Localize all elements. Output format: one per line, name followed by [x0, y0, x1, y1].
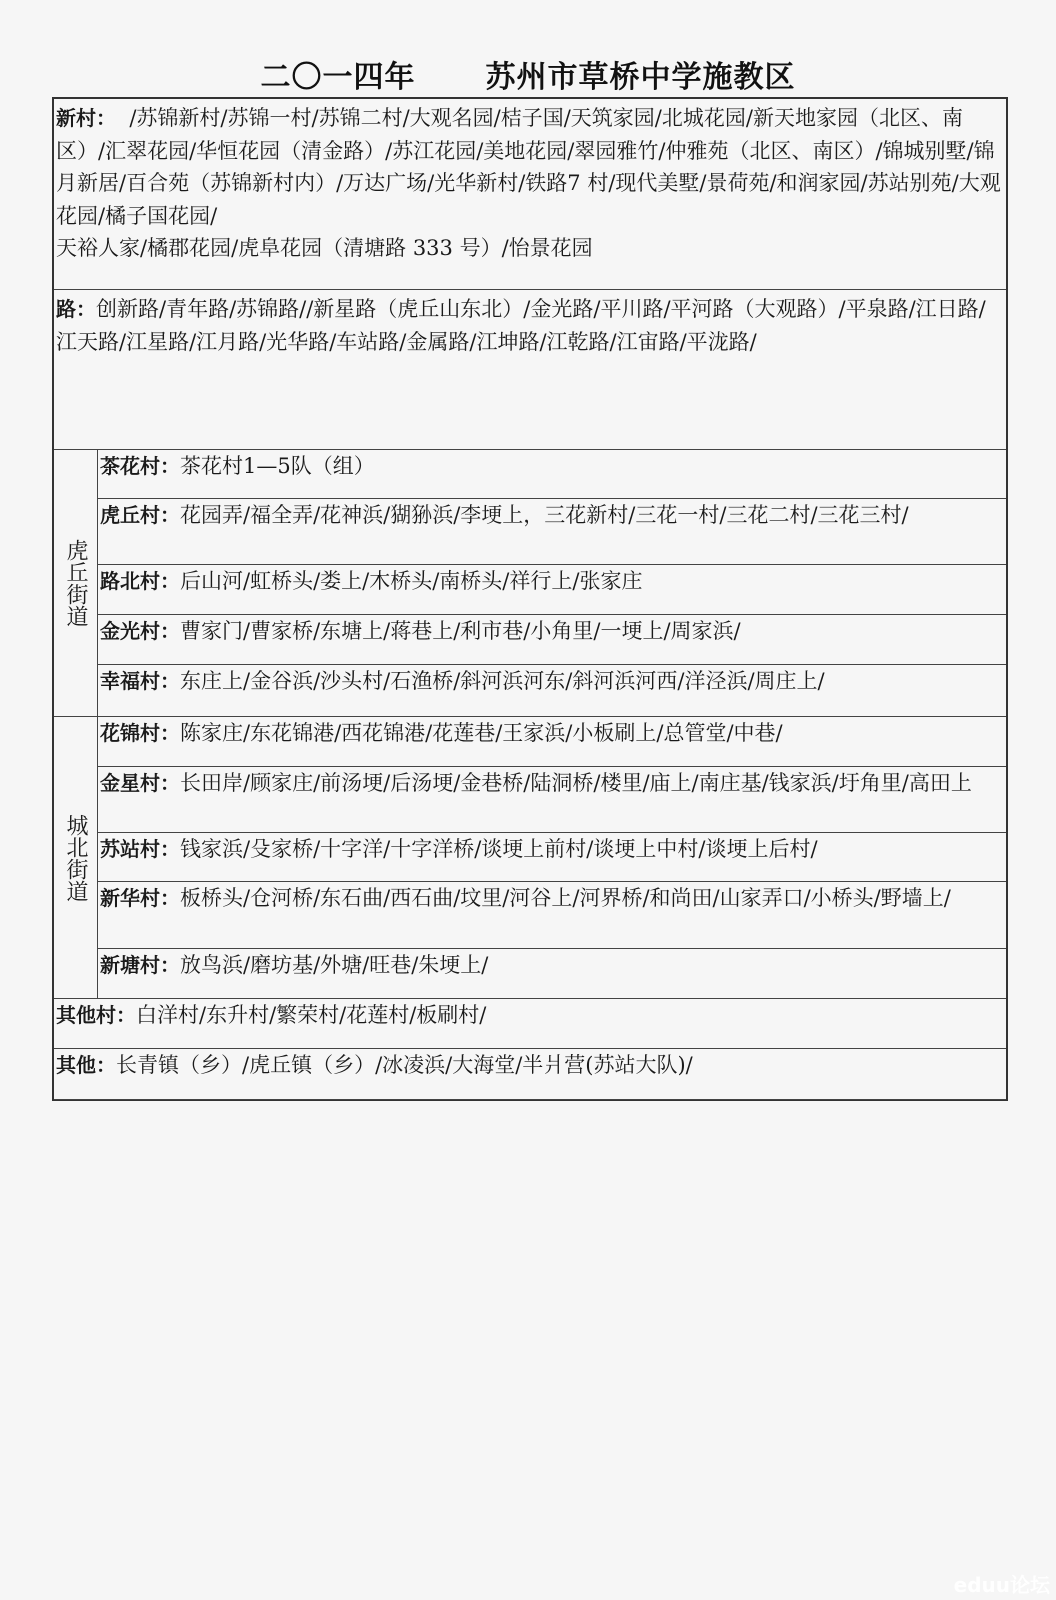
village-text: 板桥头/仓河桥/东石曲/西石曲/坟里/河谷上/河界桥/和尚田/山家弄口/小桥头/…	[180, 886, 951, 910]
document-title: 二〇一四年苏州市草桥中学施教区	[0, 52, 1056, 96]
village-text: 曹家门/曹家桥/东塘上/蒋巷上/利市巷/小角里/一埂上/周家浜/	[180, 619, 741, 643]
village-text: 东庄上/金谷浜/沙头村/石渔桥/斜河浜河东/斜河浜河西/洋泾浜/周庄上/	[180, 669, 825, 693]
row-label: 新村：	[56, 106, 116, 130]
village-label: 新华村：	[100, 886, 180, 910]
village-label: 茶花村：	[100, 454, 180, 478]
row-text: 白洋村/东升村/繁荣村/花莲村/板刷村/	[136, 1003, 486, 1027]
village-text: 茶花村1—5队（组）	[180, 454, 375, 478]
row-label: 路：	[56, 297, 96, 321]
village-row: 幸福村：东庄上/金谷浜/沙头村/石渔桥/斜河浜河东/斜河浜河西/洋泾浜/周庄上/	[98, 665, 1006, 715]
village-row: 新塘村：放鸟浜/磨坊基/外塘/旺巷/朱埂上/	[98, 949, 1006, 999]
village-text: 钱家浜/殳家桥/十字洋/十字洋桥/谈埂上前村/谈埂上中村/谈埂上后村/	[180, 837, 818, 861]
row-text: 长青镇（乡）/虎丘镇（乡）/冰凌浜/大海堂/半爿营(苏站大队)/	[116, 1053, 693, 1077]
section-side-label: 虎丘街道	[54, 450, 98, 716]
row-other: 其他：长青镇（乡）/虎丘镇（乡）/冰凌浜/大海堂/半爿营(苏站大队)/	[54, 1049, 1006, 1100]
title-name: 苏州市草桥中学施教区	[486, 60, 796, 95]
village-text: 放鸟浜/磨坊基/外塘/旺巷/朱埂上/	[180, 953, 488, 977]
village-row: 虎丘村：花园弄/福全弄/花神浜/猢狲浜/李埂上，三花新村/三花一村/三花二村/三…	[98, 499, 1006, 565]
row-label: 其他：	[56, 1053, 116, 1077]
row-label: 其他村：	[56, 1003, 136, 1027]
row-text: /苏锦新村/苏锦一村/苏锦二村/大观名园/桔子国/天筑家园/北城花园/新天地家园…	[56, 106, 1001, 228]
village-text: 陈家庄/东花锦港/西花锦港/花莲巷/王家浜/小板刷上/总管堂/中巷/	[180, 721, 783, 745]
village-label: 金星村：	[100, 771, 180, 795]
village-row: 茶花村：茶花村1—5队（组）	[98, 450, 1006, 499]
village-label: 苏站村：	[100, 837, 180, 861]
village-label: 虎丘村：	[100, 503, 180, 527]
row-text: 创新路/青年路/苏锦路//新星路（虎丘山东北）/金光路/平川路/平河路（大观路）…	[56, 297, 986, 354]
row-new-villages: 新村： /苏锦新村/苏锦一村/苏锦二村/大观名园/桔子国/天筑家园/北城花园/新…	[54, 99, 1006, 290]
village-row: 花锦村：陈家庄/东花锦港/西花锦港/花莲巷/王家浜/小板刷上/总管堂/中巷/	[98, 717, 1006, 767]
section-huqiu-subdistrict: 虎丘街道 茶花村：茶花村1—5队（组） 虎丘村：花园弄/福全弄/花神浜/猢狲浜/…	[54, 450, 1006, 717]
watermark-logo: eduu论坛	[954, 1569, 1050, 1598]
school-district-table: 新村： /苏锦新村/苏锦一村/苏锦二村/大观名园/桔子国/天筑家园/北城花园/新…	[52, 97, 1008, 1101]
village-row: 新华村：板桥头/仓河桥/东石曲/西石曲/坟里/河谷上/河界桥/和尚田/山家弄口/…	[98, 882, 1006, 949]
village-label: 金光村：	[100, 619, 180, 643]
village-label: 路北村：	[100, 569, 180, 593]
row-text-continued: 天裕人家/橘郡花园/虎阜花园（清塘路 333 号）/怡景花园	[56, 236, 593, 260]
title-year: 二〇一四年	[261, 60, 416, 95]
village-text: 后山河/虹桥头/娄上/木桥头/南桥头/祥行上/张家庄	[180, 569, 642, 593]
village-text: 花园弄/福全弄/花神浜/猢狲浜/李埂上，三花新村/三花一村/三花二村/三花三村/	[180, 503, 909, 527]
village-label: 花锦村：	[100, 721, 180, 745]
village-row: 金星村：长田岸/顾家庄/前汤埂/后汤埂/金巷桥/陆洞桥/楼里/庙上/南庄基/钱家…	[98, 767, 1006, 833]
village-row: 苏站村：钱家浜/殳家桥/十字洋/十字洋桥/谈埂上前村/谈埂上中村/谈埂上后村/	[98, 833, 1006, 882]
village-row: 路北村：后山河/虹桥头/娄上/木桥头/南桥头/祥行上/张家庄	[98, 565, 1006, 615]
row-roads: 路：创新路/青年路/苏锦路//新星路（虎丘山东北）/金光路/平川路/平河路（大观…	[54, 290, 1006, 450]
village-label: 新塘村：	[100, 953, 180, 977]
row-other-villages: 其他村：白洋村/东升村/繁荣村/花莲村/板刷村/	[54, 999, 1006, 1049]
village-row: 金光村：曹家门/曹家桥/东塘上/蒋巷上/利市巷/小角里/一埂上/周家浜/	[98, 615, 1006, 665]
village-label: 幸福村：	[100, 669, 180, 693]
section-chengbei-subdistrict: 城北街道 花锦村：陈家庄/东花锦港/西花锦港/花莲巷/王家浜/小板刷上/总管堂/…	[54, 717, 1006, 999]
village-text: 长田岸/顾家庄/前汤埂/后汤埂/金巷桥/陆洞桥/楼里/庙上/南庄基/钱家浜/圩角…	[180, 771, 972, 795]
section-side-label: 城北街道	[54, 717, 98, 998]
